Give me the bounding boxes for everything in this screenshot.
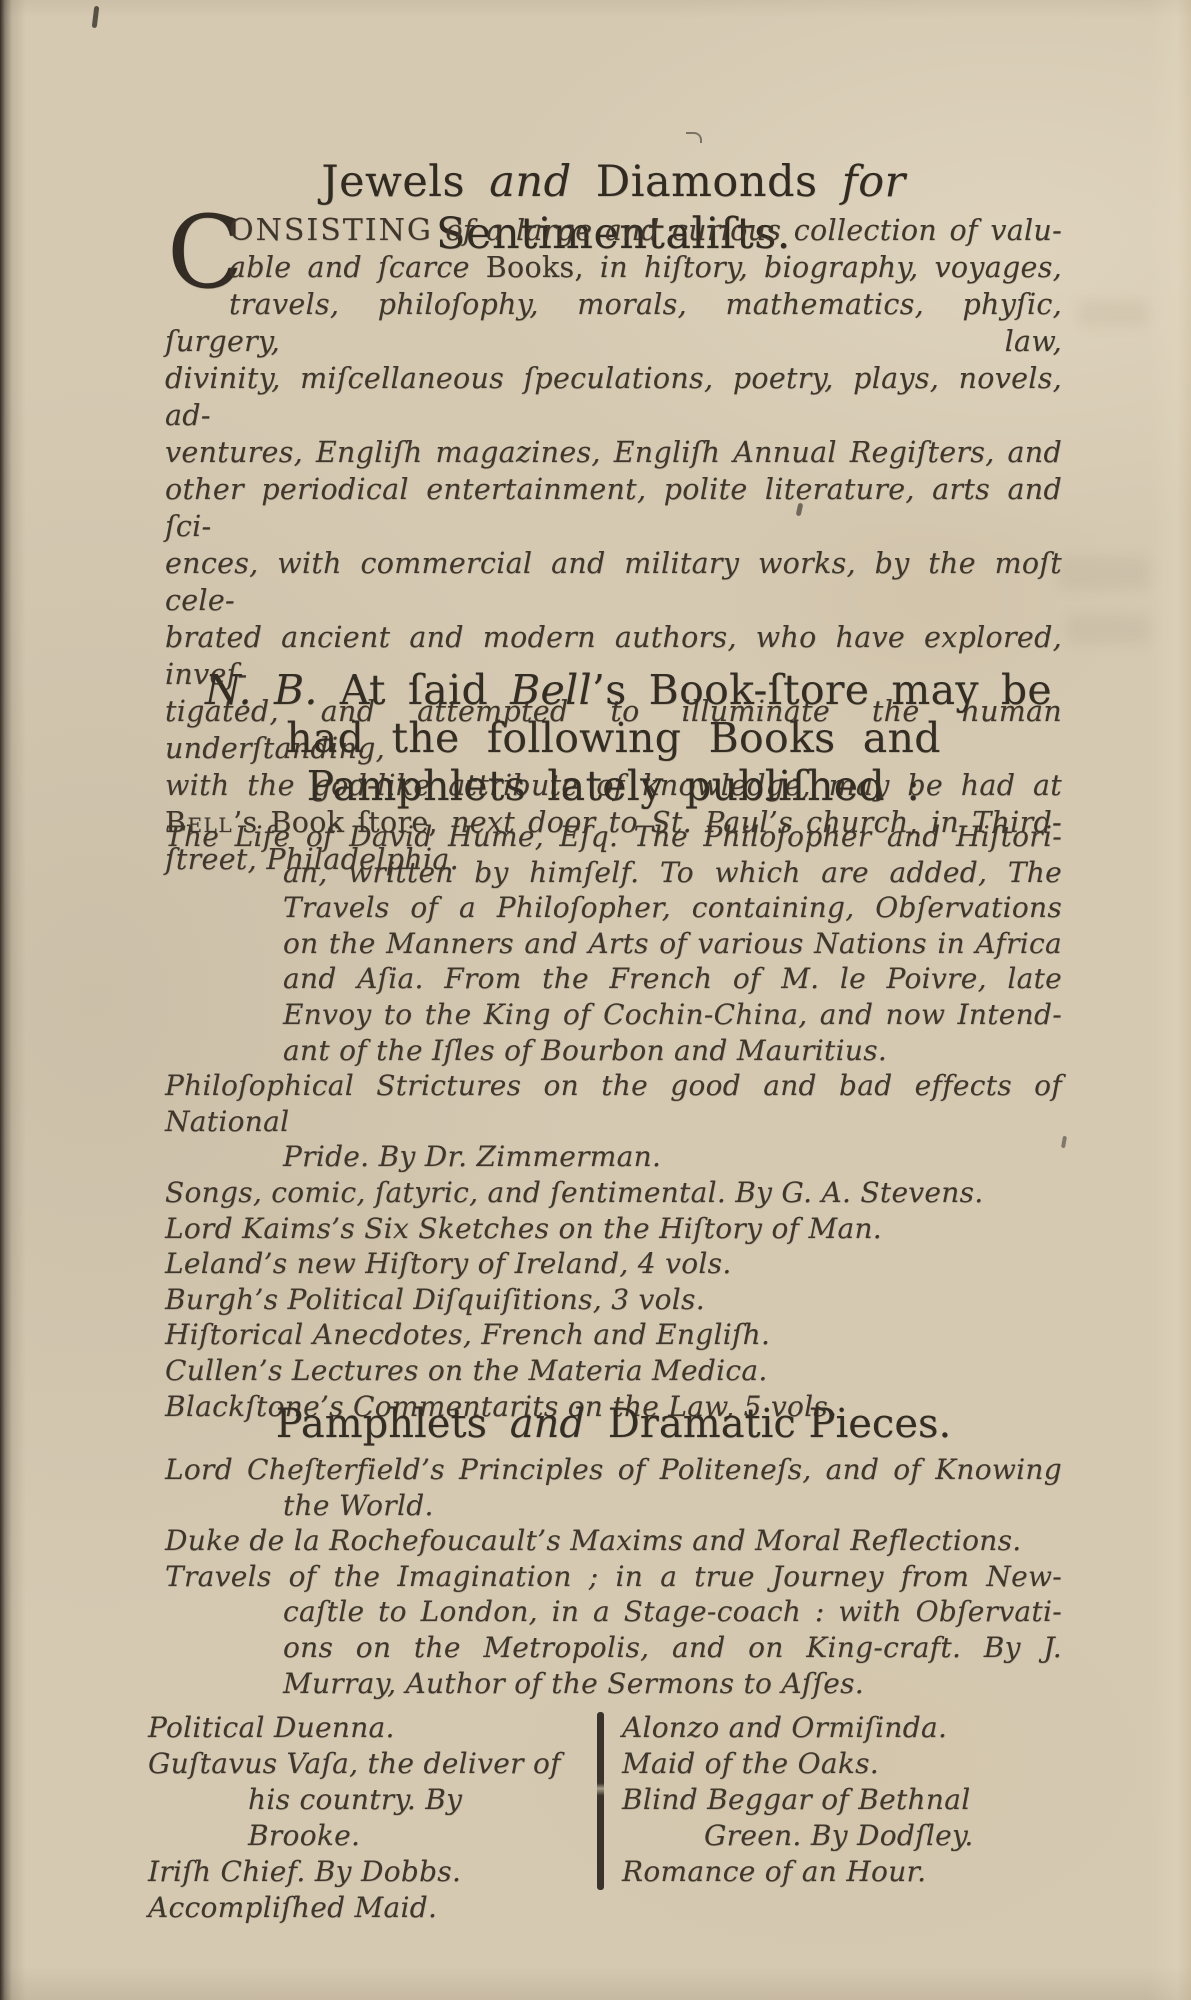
text-line: other periodical entertainment, polite l… [165,471,1062,545]
text-line: able and ſcarce Books, in hiſtory, biogr… [165,249,1062,286]
show-through-smudge [1078,300,1148,326]
heading-word: and [510,1401,585,1447]
list-item: Envoy to the King of Cochin-China, and n… [283,997,1062,1033]
plays-column-right: Alonzo and Ormiſinda. Maid of the Oaks. … [622,1710,1054,1890]
list-item: caſtle to London, in a Stage-coach : wit… [283,1594,1062,1630]
text-line: had the following Books and [165,714,1062,762]
list-item: Hiſtorical Anecdotes, French and Engliſh… [165,1317,1062,1353]
text-line: divinity, miſcellaneous ſpeculations, po… [165,360,1062,434]
drop-cap: C [167,216,225,290]
list-item: Maid of the Oaks. [622,1746,1054,1782]
ink-smudge [92,6,100,28]
heading-word: Dramatic Pieces. [608,1401,952,1447]
ink-smudge [686,132,702,143]
list-item: Pride. By Dr. Zimmerman. [283,1139,1062,1175]
text-line: ences, with commercial and military work… [165,545,1062,619]
list-item: and Aſia. From the French of M. le Poivr… [283,961,1062,997]
list-item: Lord Kaims’s Six Sketches on the Hiſtory… [165,1211,1062,1247]
catalogue-page: Jewels and Diamonds for Sentimentaliſts.… [0,0,1191,2000]
title-word: for [842,157,906,207]
list-item: his country. By Brooke. [248,1782,580,1854]
heading-word: Pamphlets [276,1401,487,1447]
show-through-smudge [1066,614,1150,644]
list-item: Leland’s new Hiſtory of Ireland, 4 vols. [165,1246,1062,1282]
list-item: Romance of an Hour. [622,1854,1054,1890]
list-item: Travels of a Philoſopher, containing, Ob… [283,890,1062,926]
list-item: Blind Beggar of Bethnal [622,1782,1054,1818]
list-item: Guſtavus Vaſa, the deliver of [148,1746,580,1782]
list-item: The Life of David Hume, Eſq. The Philoſo… [165,819,1062,855]
list-item: Lord Cheſterfield’s Principles of Polite… [165,1452,1062,1488]
pamphlet-list: Lord Cheſterfield’s Principles of Polite… [165,1452,1062,1701]
text-line: N. B. At ſaid Bell’s Book-ſtore may be [205,666,1052,714]
nb-notice-heading: N. B. At ſaid Bell’s Book-ſtore may be h… [165,666,1062,810]
list-item: Green. By Dodſley. [704,1818,1054,1854]
list-item: ant of the Iſles of Bourbon and Mauritiu… [283,1033,1062,1069]
plays-column-left: Political Duenna. Guſtavus Vaſa, the del… [148,1710,580,1926]
title-word: and [489,157,571,207]
list-item: on the Manners and Arts of various Natio… [283,926,1062,962]
text-line: Pamphlets lately publiſhed : [165,762,1062,810]
list-item: Murray, Author of the Sermons to Aſſes. [283,1666,1062,1702]
show-through-smudge [1058,556,1150,590]
list-item: ons on the Metropolis, and on King-craft… [283,1630,1062,1666]
list-item: Travels of the Imagination ; in a true J… [165,1559,1062,1595]
list-item: Iriſh Chief. By Dobbs. [148,1854,580,1890]
list-item: Political Duenna. [148,1710,580,1746]
list-item: Burgh’s Political Diſquiſitions, 3 vols. [165,1282,1062,1318]
column-divider-rule [597,1712,604,1890]
list-item: Accompliſhed Maid. [148,1890,580,1926]
list-item: Alonzo and Ormiſinda. [622,1710,1054,1746]
book-list: The Life of David Hume, Eſq. The Philoſo… [165,819,1062,1424]
text-line: travels, philoſophy, morals, mathematics… [165,286,1062,360]
list-item: Duke de la Rochefoucault’s Maxims and Mo… [165,1523,1062,1559]
list-item: the World. [283,1488,1062,1524]
list-item: Songs, comic, ſatyric, and ſentimental. … [165,1175,1062,1211]
pamphlets-section-heading: Pamphlets and Dramatic Pieces. [165,1400,1062,1448]
text-line: ONSISTING of a large and curious collect… [165,212,1062,249]
list-item: Philoſophical Strictures on the good and… [165,1068,1062,1139]
list-item: Cullen’s Lectures on the Materia Medica. [165,1353,1062,1389]
title-word: Jewels [321,157,465,207]
text-line: ventures, Engliſh magazines, Engliſh Ann… [165,434,1062,471]
list-item: an, written by himſelf. To which are add… [283,855,1062,891]
title-word: Diamonds [596,157,818,207]
